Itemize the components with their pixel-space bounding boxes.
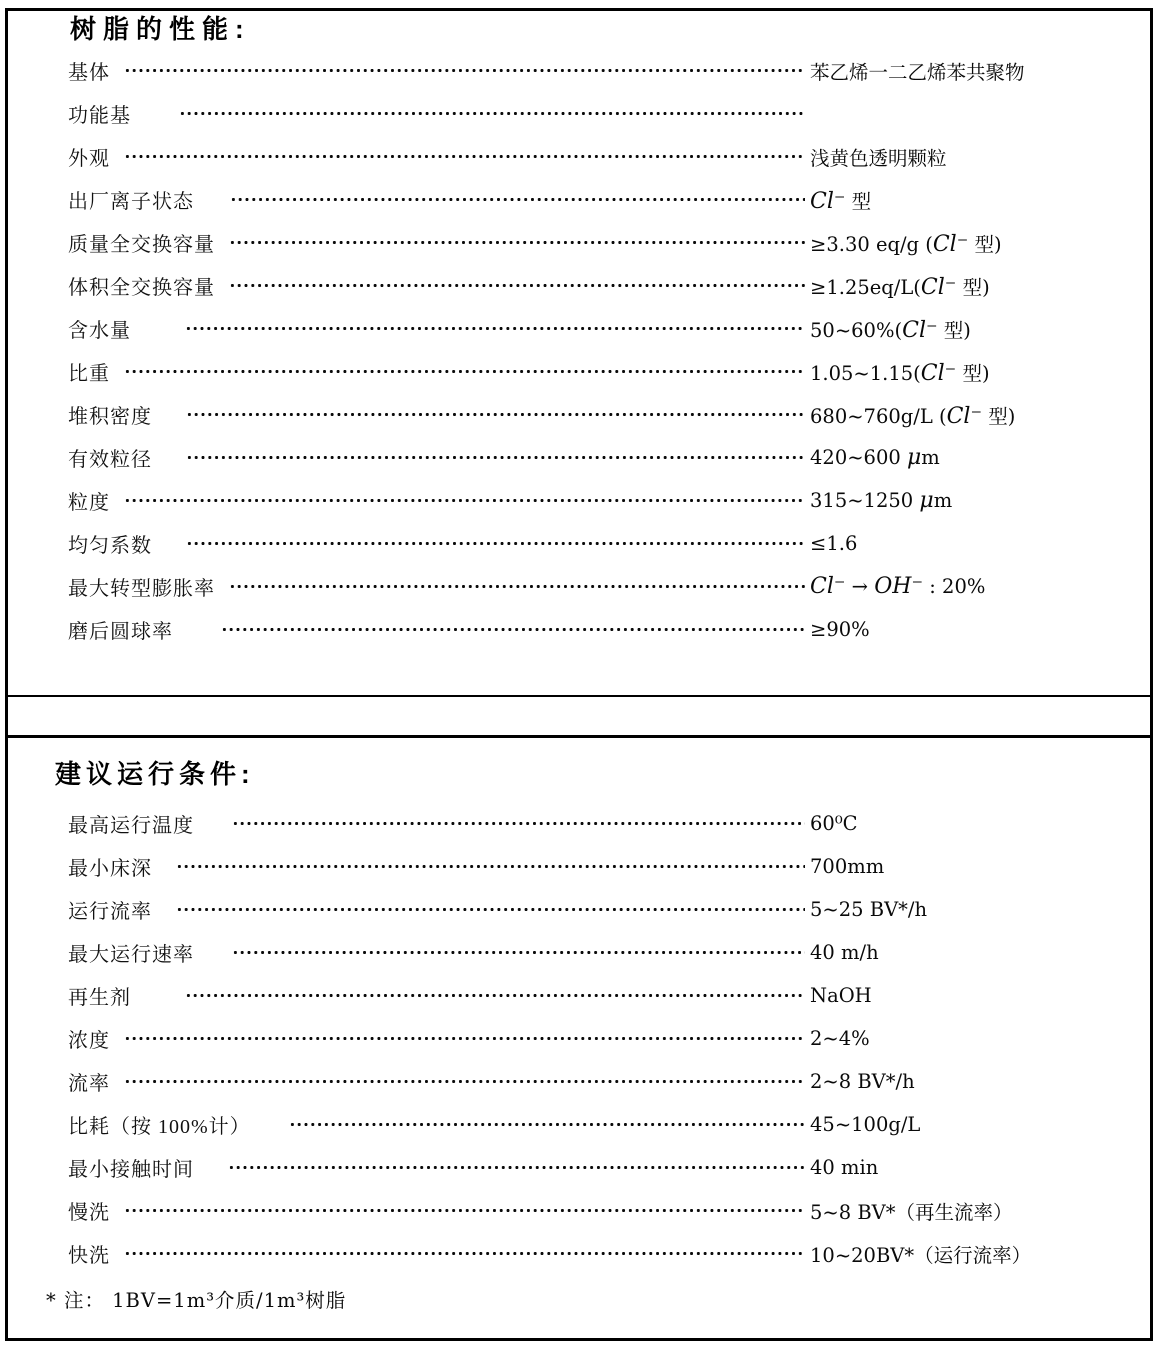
- spec-label: 粒度: [68, 486, 110, 515]
- spec-row: 出厂离子状态Cl⁻ 型: [8, 178, 1150, 221]
- dot-leader: [124, 1251, 805, 1256]
- dot-leader: [232, 950, 805, 955]
- dot-leader: [179, 111, 805, 116]
- dot-leader: [232, 821, 805, 826]
- spec-row: 体积全交换容量≥1.25eq/L(Cl⁻ 型): [8, 264, 1150, 307]
- dot-leader: [221, 627, 805, 632]
- dot-leader: [185, 993, 805, 998]
- spec-row-lead: 浓度: [68, 1024, 805, 1053]
- dot-leader: [289, 1122, 805, 1127]
- spec-row-lead: 最大转型膨胀率: [68, 572, 805, 601]
- spec-label: 功能基: [68, 99, 131, 128]
- spec-row: 最高运行温度60⁰C: [8, 802, 1150, 845]
- spec-row: 最小接触时间40 min: [8, 1146, 1150, 1189]
- spec-row-lead: 快洗: [68, 1239, 805, 1268]
- spec-label: 比重: [68, 357, 110, 386]
- spec-value: 浅黄色透明颗粒: [810, 143, 947, 171]
- spec-label: 比耗（按 100%计）: [68, 1110, 251, 1139]
- spec-row-lead: 再生剂: [68, 981, 805, 1010]
- dot-leader: [229, 240, 805, 245]
- spec-row-lead: 有效粒径: [68, 443, 805, 472]
- spec-row: 功能基: [8, 92, 1150, 135]
- dot-leader: [176, 907, 805, 912]
- spec-label: 堆积密度: [68, 400, 152, 429]
- tab-space: [131, 328, 177, 329]
- spec-value: 2~8 BV*/h: [810, 1070, 915, 1093]
- tab-space: [152, 457, 178, 458]
- resin-spec-document: 树脂的性能: 基体苯乙烯一二乙烯苯共聚物功能基外观浅黄色透明颗粒出厂离子状态Cl…: [5, 8, 1153, 1341]
- dot-leader: [186, 541, 805, 546]
- tab-space: [251, 1124, 281, 1125]
- dot-leader: [228, 1165, 805, 1170]
- spec-row: 流率2~8 BV*/h: [8, 1060, 1150, 1103]
- dot-leader: [124, 154, 805, 159]
- spec-row: 慢洗5~8 BV*（再生流率）: [8, 1189, 1150, 1232]
- spec-label: 体积全交换容量: [68, 271, 215, 300]
- spec-label: 质量全交换容量: [68, 228, 215, 257]
- spec-row-lead: 运行流率: [68, 895, 805, 924]
- spec-row: 最大运行速率40 m/h: [8, 931, 1150, 974]
- dot-leader: [124, 1208, 805, 1213]
- spec-row-lead: 磨后圆球率: [68, 615, 805, 644]
- spec-row: 堆积密度680~760g/L (Cl⁻ 型): [8, 393, 1150, 436]
- tab-space: [110, 500, 116, 501]
- spec-value: 1.05~1.15(Cl⁻ 型): [810, 358, 990, 386]
- spec-value: ≥90%: [810, 618, 870, 641]
- dot-leader: [186, 455, 805, 460]
- spec-value: 315~1250 μm: [810, 488, 952, 513]
- spec-row-lead: 含水量: [68, 314, 805, 343]
- tab-space: [152, 543, 178, 544]
- spec-row: 有效粒径420~600 μm: [8, 436, 1150, 479]
- spec-label: 再生剂: [68, 981, 131, 1010]
- spec-row: 粒度315~1250 μm: [8, 479, 1150, 522]
- spec-value: Cl⁻ 型: [810, 186, 871, 214]
- tab-space: [152, 909, 168, 910]
- spec-row: 含水量50~60%(Cl⁻ 型): [8, 307, 1150, 350]
- operating-conditions-rows: 最高运行温度60⁰C最小床深700mm运行流率5~25 BV*/h最大运行速率4…: [8, 802, 1150, 1275]
- operating-conditions-section: 建议运行条件: 最高运行温度60⁰C最小床深700mm运行流率5~25 BV*/…: [8, 738, 1150, 1338]
- spec-value: 45~100g/L: [810, 1113, 920, 1136]
- spec-row-lead: 出厂离子状态: [68, 185, 805, 214]
- spec-row-lead: 体积全交换容量: [68, 271, 805, 300]
- spec-row: 基体苯乙烯一二乙烯苯共聚物: [8, 49, 1150, 92]
- spec-row-lead: 粒度: [68, 486, 805, 515]
- spec-label: 最大运行速率: [68, 938, 194, 967]
- dot-leader: [124, 369, 805, 374]
- spec-label: 运行流率: [68, 895, 152, 924]
- dot-leader: [124, 1079, 805, 1084]
- spec-row-lead: 最小接触时间: [68, 1153, 805, 1182]
- dot-leader: [229, 584, 805, 589]
- divider-strip: [8, 697, 1150, 738]
- resin-properties-rows: 基体苯乙烯一二乙烯苯共聚物功能基外观浅黄色透明颗粒出厂离子状态Cl⁻ 型质量全交…: [8, 49, 1150, 651]
- tab-space: [110, 1081, 116, 1082]
- spec-row-lead: 基体: [68, 56, 805, 85]
- spec-value: 50~60%(Cl⁻ 型): [810, 315, 971, 343]
- spec-value: 40 min: [810, 1156, 878, 1179]
- dot-leader: [185, 326, 805, 331]
- spec-row: 均匀系数≤1.6: [8, 522, 1150, 565]
- tab-space: [194, 199, 222, 200]
- tab-space: [131, 995, 177, 996]
- spec-row: 最大转型膨胀率Cl⁻ → OH⁻ : 20%: [8, 565, 1150, 608]
- spec-row: 磨后圆球率≥90%: [8, 608, 1150, 651]
- spec-row: 浓度2~4%: [8, 1017, 1150, 1060]
- tab-space: [152, 866, 168, 867]
- tab-space: [110, 156, 116, 157]
- tab-space: [152, 414, 178, 415]
- dot-leader: [124, 1036, 805, 1041]
- resin-properties-title: 树脂的性能:: [8, 11, 1150, 47]
- spec-row-lead: 比耗（按 100%计）: [68, 1110, 805, 1139]
- spec-row: 比耗（按 100%计）45~100g/L: [8, 1103, 1150, 1146]
- spec-row-lead: 功能基: [68, 99, 805, 128]
- spec-value: NaOH: [810, 984, 872, 1007]
- spec-label: 磨后圆球率: [68, 615, 173, 644]
- tab-space: [110, 371, 116, 372]
- spec-row: 比重1.05~1.15(Cl⁻ 型): [8, 350, 1150, 393]
- tab-space: [173, 629, 213, 630]
- spec-value: Cl⁻ → OH⁻ : 20%: [810, 574, 985, 599]
- dot-leader: [186, 412, 805, 417]
- tab-space: [215, 586, 221, 587]
- spec-row-lead: 外观: [68, 142, 805, 171]
- tab-space: [110, 1210, 116, 1211]
- spec-value: 5~25 BV*/h: [810, 898, 927, 921]
- spec-value: 420~600 μm: [810, 445, 940, 470]
- spec-row-lead: 堆积密度: [68, 400, 805, 429]
- spec-value: 5~8 BV*（再生流率）: [810, 1197, 1013, 1225]
- spec-label: 最小床深: [68, 852, 152, 881]
- spec-row-lead: 慢洗: [68, 1196, 805, 1225]
- spec-value: ≥3.30 eq/g (Cl⁻ 型): [810, 229, 1002, 257]
- tab-space: [194, 952, 224, 953]
- spec-label: 最高运行温度: [68, 809, 194, 838]
- footnote: * 注： 1BV=1m³介质/1m³树脂: [8, 1279, 1150, 1319]
- tab-space: [110, 1253, 116, 1254]
- spec-label: 流率: [68, 1067, 110, 1096]
- spec-label: 外观: [68, 142, 110, 171]
- tab-space: [194, 1167, 220, 1168]
- spec-value: ≥1.25eq/L(Cl⁻ 型): [810, 272, 990, 300]
- tab-space: [110, 70, 116, 71]
- spec-label: 浓度: [68, 1024, 110, 1053]
- dot-leader: [176, 864, 805, 869]
- spec-label: 最小接触时间: [68, 1153, 194, 1182]
- spec-label: 出厂离子状态: [68, 185, 194, 214]
- spec-value: 680~760g/L (Cl⁻ 型): [810, 401, 1015, 429]
- spec-label: 快洗: [68, 1239, 110, 1268]
- spec-row: 质量全交换容量≥3.30 eq/g (Cl⁻ 型): [8, 221, 1150, 264]
- tab-space: [194, 823, 224, 824]
- spec-row: 快洗10~20BV*（运行流率）: [8, 1232, 1150, 1275]
- spec-row-lead: 最大运行速率: [68, 938, 805, 967]
- spec-value: 2~4%: [810, 1027, 870, 1050]
- dot-leader: [230, 197, 805, 202]
- spec-row-lead: 流率: [68, 1067, 805, 1096]
- spec-label: 最大转型膨胀率: [68, 572, 215, 601]
- dot-leader: [124, 68, 805, 73]
- operating-conditions-title: 建议运行条件:: [8, 738, 1150, 792]
- spec-value: 40 m/h: [810, 941, 879, 964]
- spec-row: 运行流率5~25 BV*/h: [8, 888, 1150, 931]
- tab-space: [215, 242, 221, 243]
- spec-label: 有效粒径: [68, 443, 152, 472]
- resin-properties-section: 树脂的性能: 基体苯乙烯一二乙烯苯共聚物功能基外观浅黄色透明颗粒出厂离子状态Cl…: [8, 11, 1150, 697]
- spec-value: 10~20BV*（运行流率）: [810, 1240, 1031, 1268]
- spec-row: 外观浅黄色透明颗粒: [8, 135, 1150, 178]
- spec-value: 苯乙烯一二乙烯苯共聚物: [810, 57, 1025, 85]
- spec-label: 慢洗: [68, 1196, 110, 1225]
- spec-row-lead: 最小床深: [68, 852, 805, 881]
- tab-space: [215, 285, 221, 286]
- spec-value: 700mm: [810, 855, 884, 878]
- dot-leader: [229, 283, 805, 288]
- dot-leader: [124, 498, 805, 503]
- spec-row-lead: 最高运行温度: [68, 809, 805, 838]
- spec-row-lead: 均匀系数: [68, 529, 805, 558]
- tab-space: [131, 113, 171, 114]
- spec-value: 60⁰C: [810, 812, 858, 835]
- spec-row-lead: 比重: [68, 357, 805, 386]
- spec-label: 均匀系数: [68, 529, 152, 558]
- tab-space: [110, 1038, 116, 1039]
- spec-row: 最小床深700mm: [8, 845, 1150, 888]
- spec-row-lead: 质量全交换容量: [68, 228, 805, 257]
- spec-label: 含水量: [68, 314, 131, 343]
- spec-row: 再生剂NaOH: [8, 974, 1150, 1017]
- spec-label: 基体: [68, 56, 110, 85]
- spec-value: ≤1.6: [810, 532, 857, 555]
